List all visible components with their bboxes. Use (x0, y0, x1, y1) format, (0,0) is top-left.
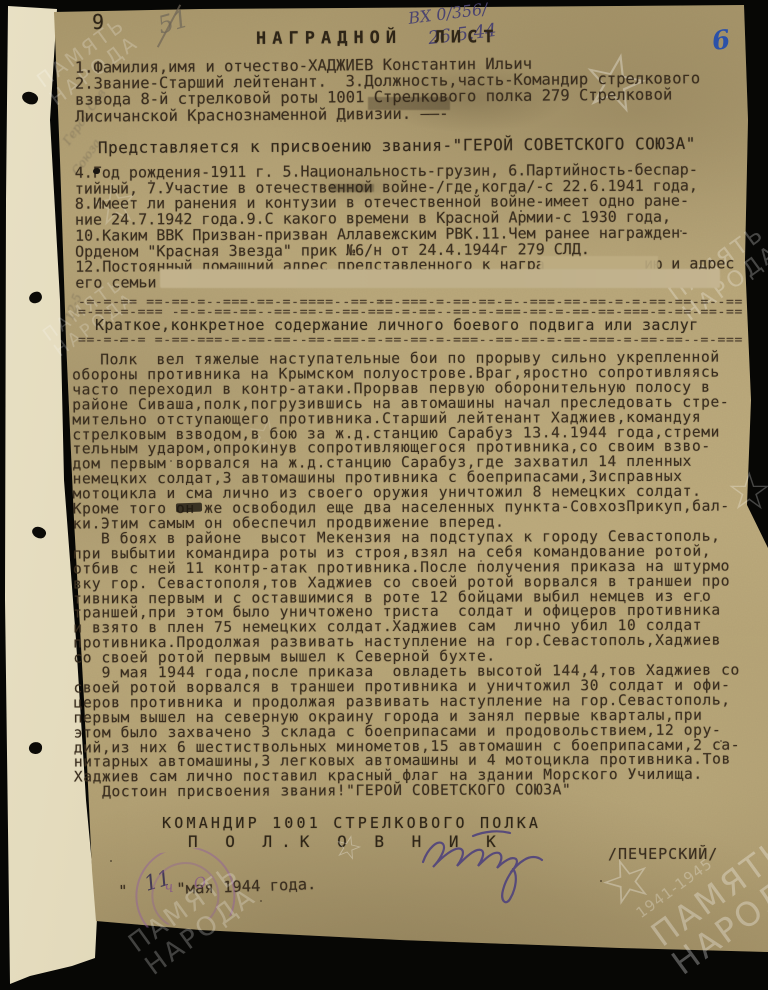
ink-overstrike (368, 97, 450, 110)
redaction-smudge (540, 256, 658, 270)
ink-dot (93, 168, 100, 174)
citation-section-label: Краткое,конкретное содержание личного бо… (95, 316, 699, 334)
fields-block-1: 1.Фамилия,имя и отчество-ХАДЖИЕВ Констан… (75, 54, 701, 124)
page-number-left: 9 (92, 10, 104, 34)
signer-name: /ПЕЧЕРСКИЙ/ (608, 845, 718, 863)
citation-text: Полк вел тяжелые наступательные бои по п… (72, 351, 740, 801)
document-title: НАГРАДНОЙ ЛИСТ (256, 27, 500, 49)
ink-overstrike (330, 184, 374, 192)
typed-quote: " (118, 882, 128, 900)
handwritten-signature (415, 818, 595, 913)
divider-row: ==-=-=-= =-==-===-=-==-==--==-===-=-==-=… (78, 333, 743, 348)
paper-speckles (0, 0, 2, 2)
ink-blot (176, 503, 202, 513)
redaction-bar (160, 269, 720, 288)
scanned-award-document: ПАМЯТЬ НАРОДА ПАМЯТЬ НАРОДА ПАМЯТЬ НАРОД… (0, 0, 768, 990)
